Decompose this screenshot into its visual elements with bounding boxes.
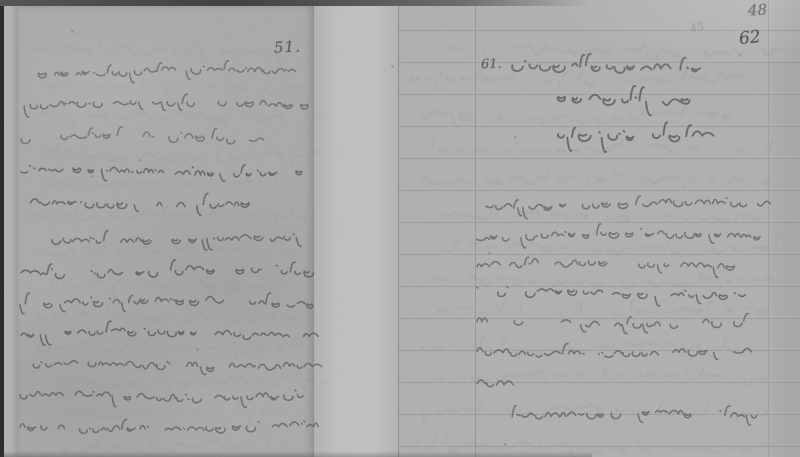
- right-page: [398, 0, 800, 457]
- manuscript-scan: 51. 62 48 45 61.: [0, 0, 800, 457]
- left-page-number: 51.: [274, 37, 302, 56]
- book-edge-strip: [4, 0, 18, 457]
- right-page-right-margin-line: [768, 0, 769, 457]
- scan-bottom-shadow: [0, 451, 592, 457]
- corner-annotation: 48: [748, 1, 768, 20]
- scan-top-edge: [0, 0, 590, 6]
- left-page: [18, 0, 313, 457]
- right-page-number: 62: [738, 27, 762, 49]
- page-gutter: [313, 0, 399, 457]
- entry-number: 61.: [481, 57, 502, 73]
- right-page-left-margin-line: [475, 0, 476, 457]
